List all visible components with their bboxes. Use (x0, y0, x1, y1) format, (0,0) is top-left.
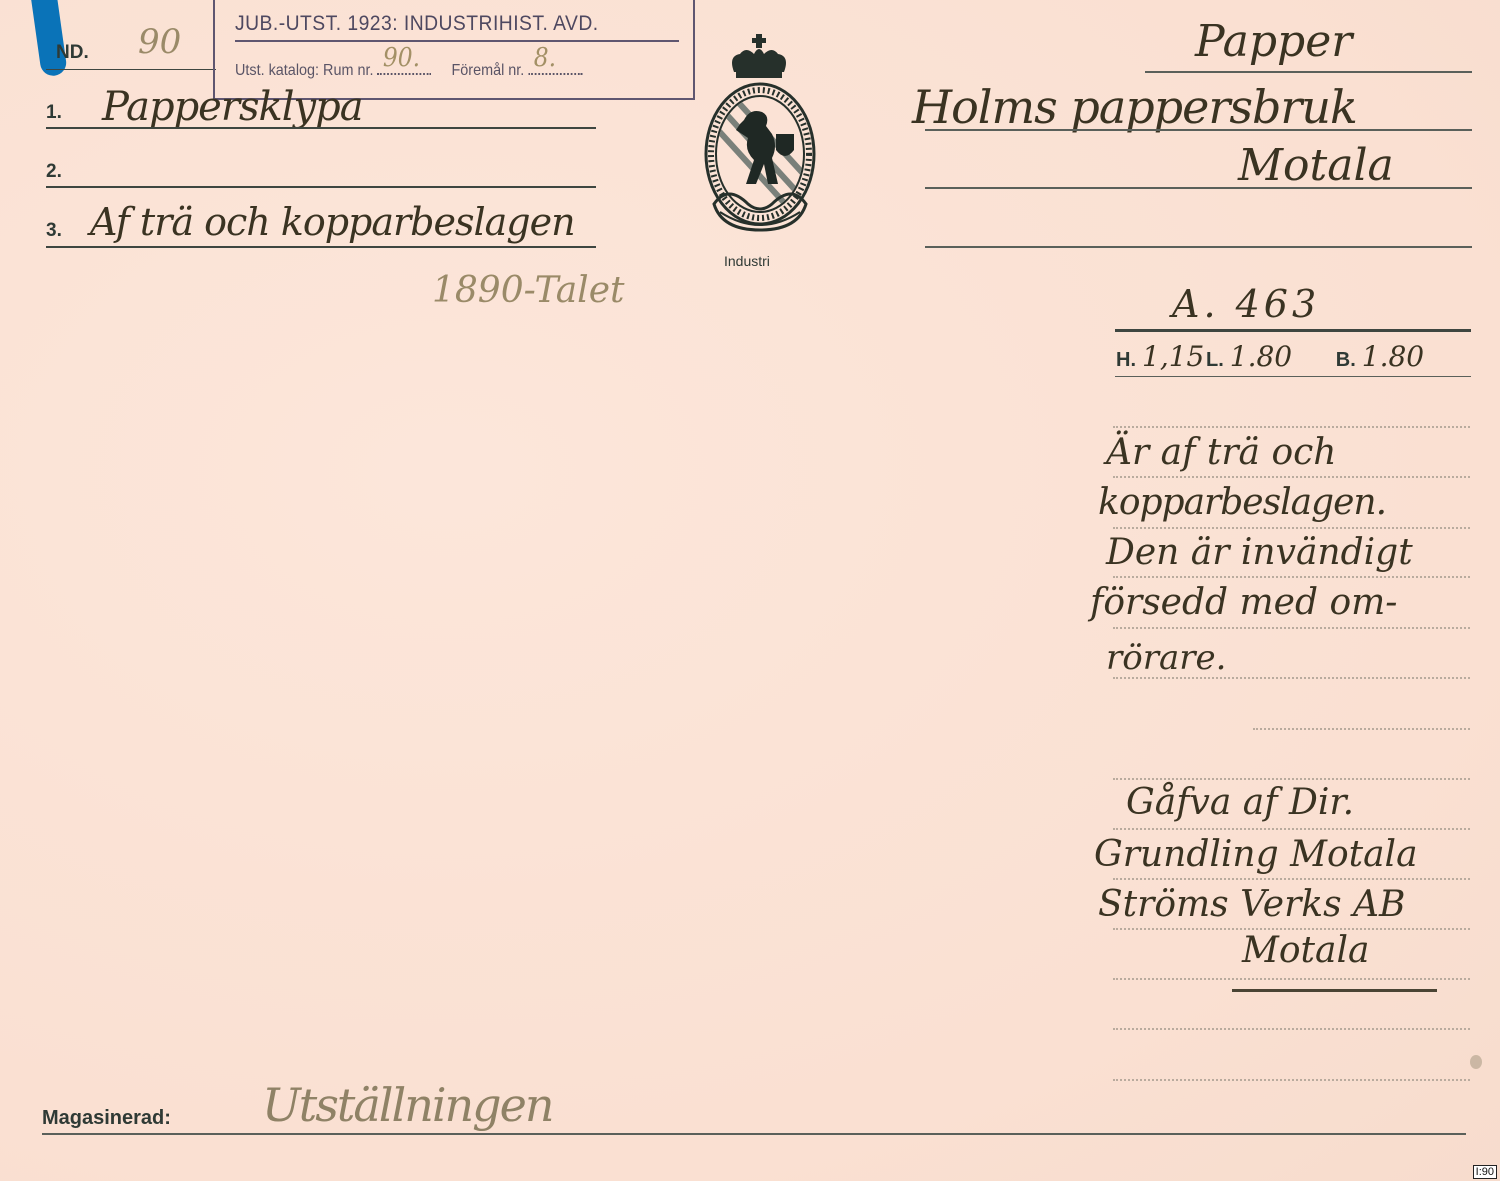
field-1-number: 1. (46, 102, 62, 124)
field-2-rule (46, 186, 596, 188)
dotted-rule (1113, 878, 1470, 880)
room-value: 90. (383, 43, 420, 73)
donor-line-4: Motala (1242, 930, 1369, 971)
description-line-2: kopparbeslagen. (1098, 482, 1386, 523)
description-line-3: Den är invändigt (1106, 532, 1413, 573)
length-label: L. (1206, 349, 1224, 372)
field-3-value: Af trä och kopparbeslagen (90, 200, 575, 244)
dotted-rule (1113, 677, 1470, 679)
object-value: 8. (534, 43, 556, 73)
room-field: 90. (377, 73, 431, 75)
description-line-5: rörare. (1106, 638, 1226, 678)
stain (1470, 1055, 1482, 1069)
origin-line-1: Holms pappersbruk (912, 80, 1357, 134)
donor-line-1: Gåfva af Dir. (1126, 782, 1354, 823)
catalog-label: Utst. katalog: Rum nr. (235, 62, 373, 79)
height-value: 1,15 (1142, 340, 1200, 373)
donor-line-2: Grundling Motala (1094, 834, 1418, 875)
stored-value: Utställningen (262, 1078, 552, 1132)
dotted-rule (1113, 828, 1470, 830)
origin-rule-1 (925, 129, 1472, 131)
field-3-rule (46, 246, 596, 248)
emblem-label: Industri (724, 253, 770, 269)
date-note: 1890-Talet (432, 270, 624, 311)
category-value: Papper (1195, 16, 1352, 67)
breadth-value: 1.80 (1362, 340, 1424, 373)
donor-line-3: Ströms Verks AB (1098, 884, 1405, 925)
field-2-number: 2. (46, 161, 62, 183)
category-rule (1145, 71, 1472, 73)
stamp-title: JUB.-UTST. 1923: INDUSTRIHIST. AVD. (235, 12, 599, 36)
description-line-4: försedd med om- (1090, 582, 1397, 623)
dotted-rule (1113, 1079, 1470, 1081)
dotted-rule (1113, 627, 1470, 629)
stamp-catalog-line: Utst. katalog: Rum nr. 90. Föremål nr. 8… (235, 62, 582, 80)
catalog-card: ND. 90 JUB.-UTST. 1923: INDUSTRIHIST. AV… (0, 0, 1500, 1181)
dotted-rule (1113, 426, 1470, 428)
field-3-number: 3. (46, 220, 62, 242)
object-label: Föremål nr. (451, 62, 524, 79)
height-label: H. (1116, 349, 1136, 372)
field-1-rule (46, 127, 596, 129)
dotted-rule (1113, 527, 1470, 529)
nd-label: ND. (56, 42, 89, 64)
dimensions-row: H. 1,15 L. 1.80 B. 1.80 (1116, 340, 1424, 374)
dotted-rule (1113, 778, 1470, 780)
blue-marker-tab (30, 0, 68, 77)
dotted-rule (1113, 1028, 1470, 1030)
coat-of-arms-icon (698, 34, 822, 244)
length-value: 1.80 (1230, 340, 1330, 373)
blank-rule (925, 246, 1472, 248)
corner-reference-label: I:90 (1473, 1165, 1497, 1179)
dotted-rule (1113, 576, 1470, 578)
dimensions-rule (1115, 376, 1471, 377)
accession-rule (1115, 329, 1471, 332)
object-field: 8. (528, 73, 582, 75)
dotted-rule (1113, 978, 1470, 980)
dotted-rule (1253, 728, 1470, 730)
donor-underline (1232, 989, 1437, 992)
stamp-rule (235, 40, 679, 42)
breadth-label: B. (1336, 349, 1356, 372)
field-1-value: Pappersklypa (102, 84, 363, 130)
nd-rule (46, 69, 216, 70)
description-line-1: Är af trä och (1106, 432, 1336, 473)
stored-label: Magasinerad: (42, 1107, 171, 1130)
origin-rule-2 (925, 187, 1472, 189)
footer-rule (42, 1133, 1466, 1135)
dotted-rule (1113, 476, 1470, 478)
accession-number: A. 463 (1172, 282, 1320, 326)
nd-value: 90 (138, 22, 181, 62)
origin-line-2: Motala (1238, 140, 1394, 191)
